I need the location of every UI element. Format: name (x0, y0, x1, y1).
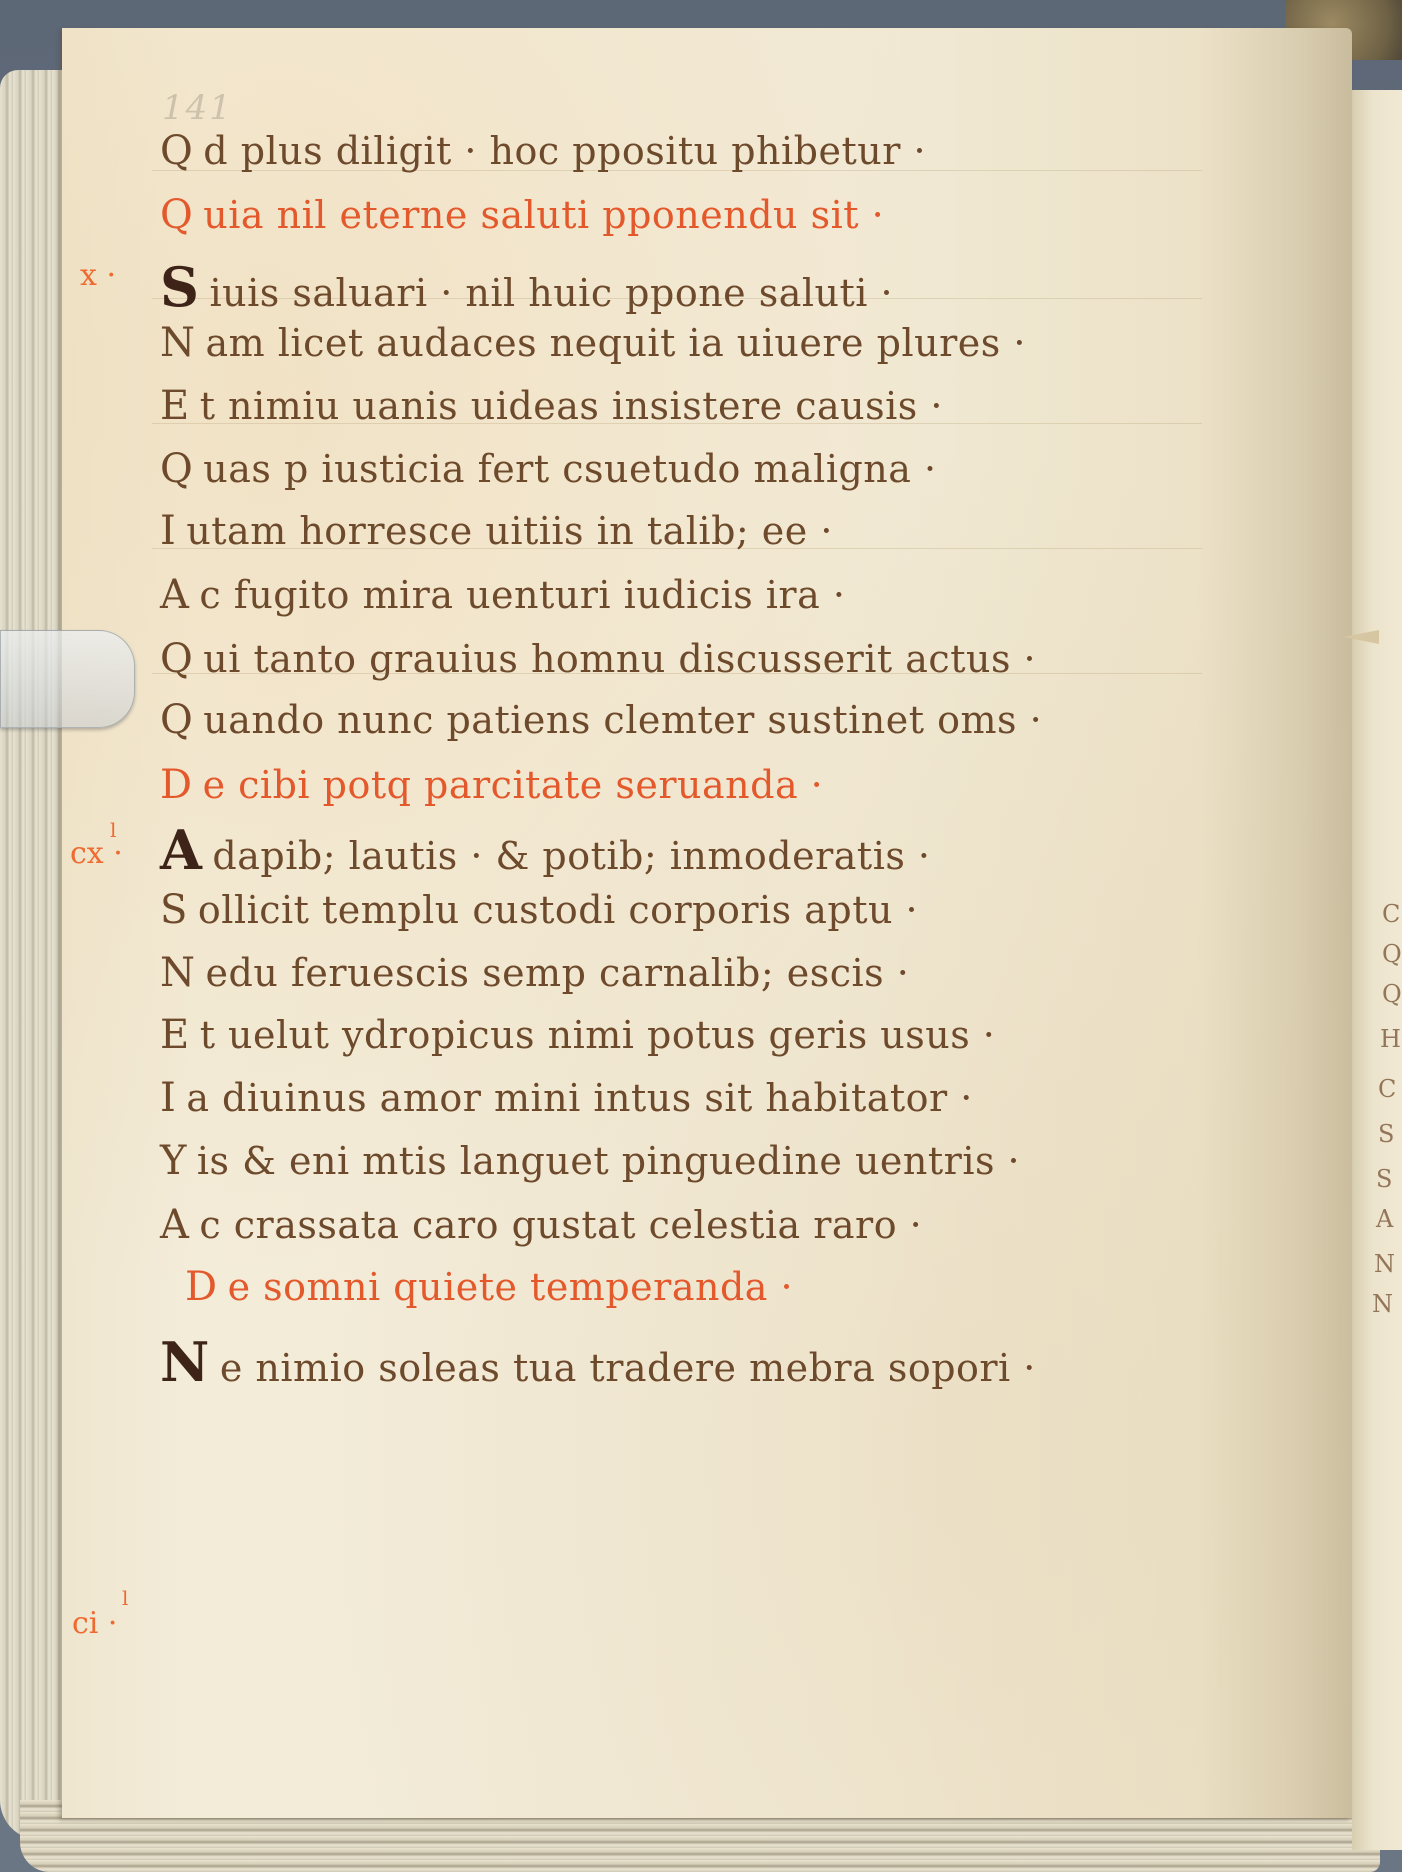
facing-page-letter: Q (1382, 940, 1402, 968)
text-line: Ia diuinus amor mini intus sit habitator… (160, 1075, 973, 1121)
folio-number: 141 (162, 88, 233, 128)
text-line: Sollicit templu custodi corporis aptu · (160, 887, 918, 933)
facing-page-letter: S (1376, 1165, 1392, 1193)
text-line: Nam licet audaces nequit ia uiuere plure… (160, 320, 1026, 366)
text-line: Ac crassata caro gustat celestia raro · (160, 1202, 922, 1248)
text-line: Et nimiu uanis uideas insistere causis · (160, 383, 943, 429)
facing-page-letter: C (1382, 900, 1400, 928)
facing-page-letter: C (1378, 1075, 1396, 1103)
text-line: Qui tanto grauius homnu discusserit actu… (160, 636, 1036, 682)
facing-page-letter: H (1380, 1025, 1401, 1053)
margin-chapter-number: x · (80, 258, 116, 293)
text-line: Quas p iusticia fert csuetudo maligna · (160, 446, 937, 492)
facing-page-letter: A (1376, 1205, 1393, 1233)
text-line: Nedu feruescis semp carnalib; escis · (160, 950, 909, 996)
text-line: Iutam horresce uitiis in talib; ee · (160, 508, 833, 554)
text-line: Yis & eni mtis languet pinguedine uentri… (160, 1138, 1020, 1184)
page-clip (0, 630, 135, 728)
facing-page-letter: N (1374, 1250, 1395, 1278)
margin-chapter-number: cx · (70, 836, 123, 871)
text-line: Quando nunc patiens clemter sustinet oms… (160, 697, 1042, 743)
facing-page-letter: N (1372, 1290, 1393, 1318)
margin-superscript: l (122, 1586, 128, 1610)
text-line: Adapib; lautis · & potib; inmoderatis · (160, 818, 931, 882)
rubric-line: Quia nil eterne saluti pponendu sit · (160, 192, 884, 238)
rubric-line: De cibi potq parcitate seruanda · (160, 762, 823, 808)
rubric-line: De somni quiete temperanda · (185, 1264, 793, 1310)
text-line: Et uelut ydropicus nimi potus geris usus… (160, 1012, 995, 1058)
facing-page-edge: C Q Q H C S S A N N (1352, 90, 1402, 1850)
page-tab-marker (1343, 630, 1379, 644)
text-line: Siuis saluari · nil huic ppone saluti · (160, 255, 893, 319)
facing-page-letter: S (1378, 1120, 1394, 1148)
margin-chapter-number: ci · (72, 1606, 117, 1641)
text-line: Ne nimio soleas tua tradere mebra sopori… (160, 1330, 1036, 1394)
facing-page-letter: Q (1382, 980, 1402, 1008)
text-line: Ac fugito mira uenturi iudicis ira · (160, 572, 845, 618)
text-line: Qd plus diligit · hoc ppositu phibetur · (160, 128, 926, 174)
